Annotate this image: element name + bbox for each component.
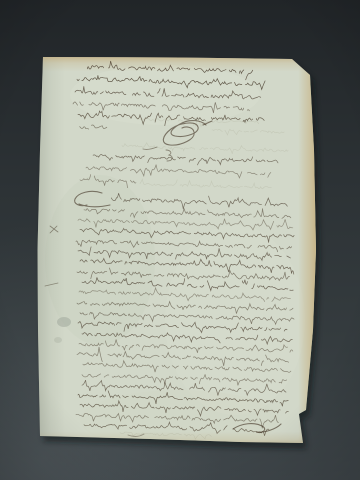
manuscript-photo xyxy=(0,0,360,480)
photo-canvas xyxy=(0,0,360,480)
photo-vignette xyxy=(0,0,360,480)
